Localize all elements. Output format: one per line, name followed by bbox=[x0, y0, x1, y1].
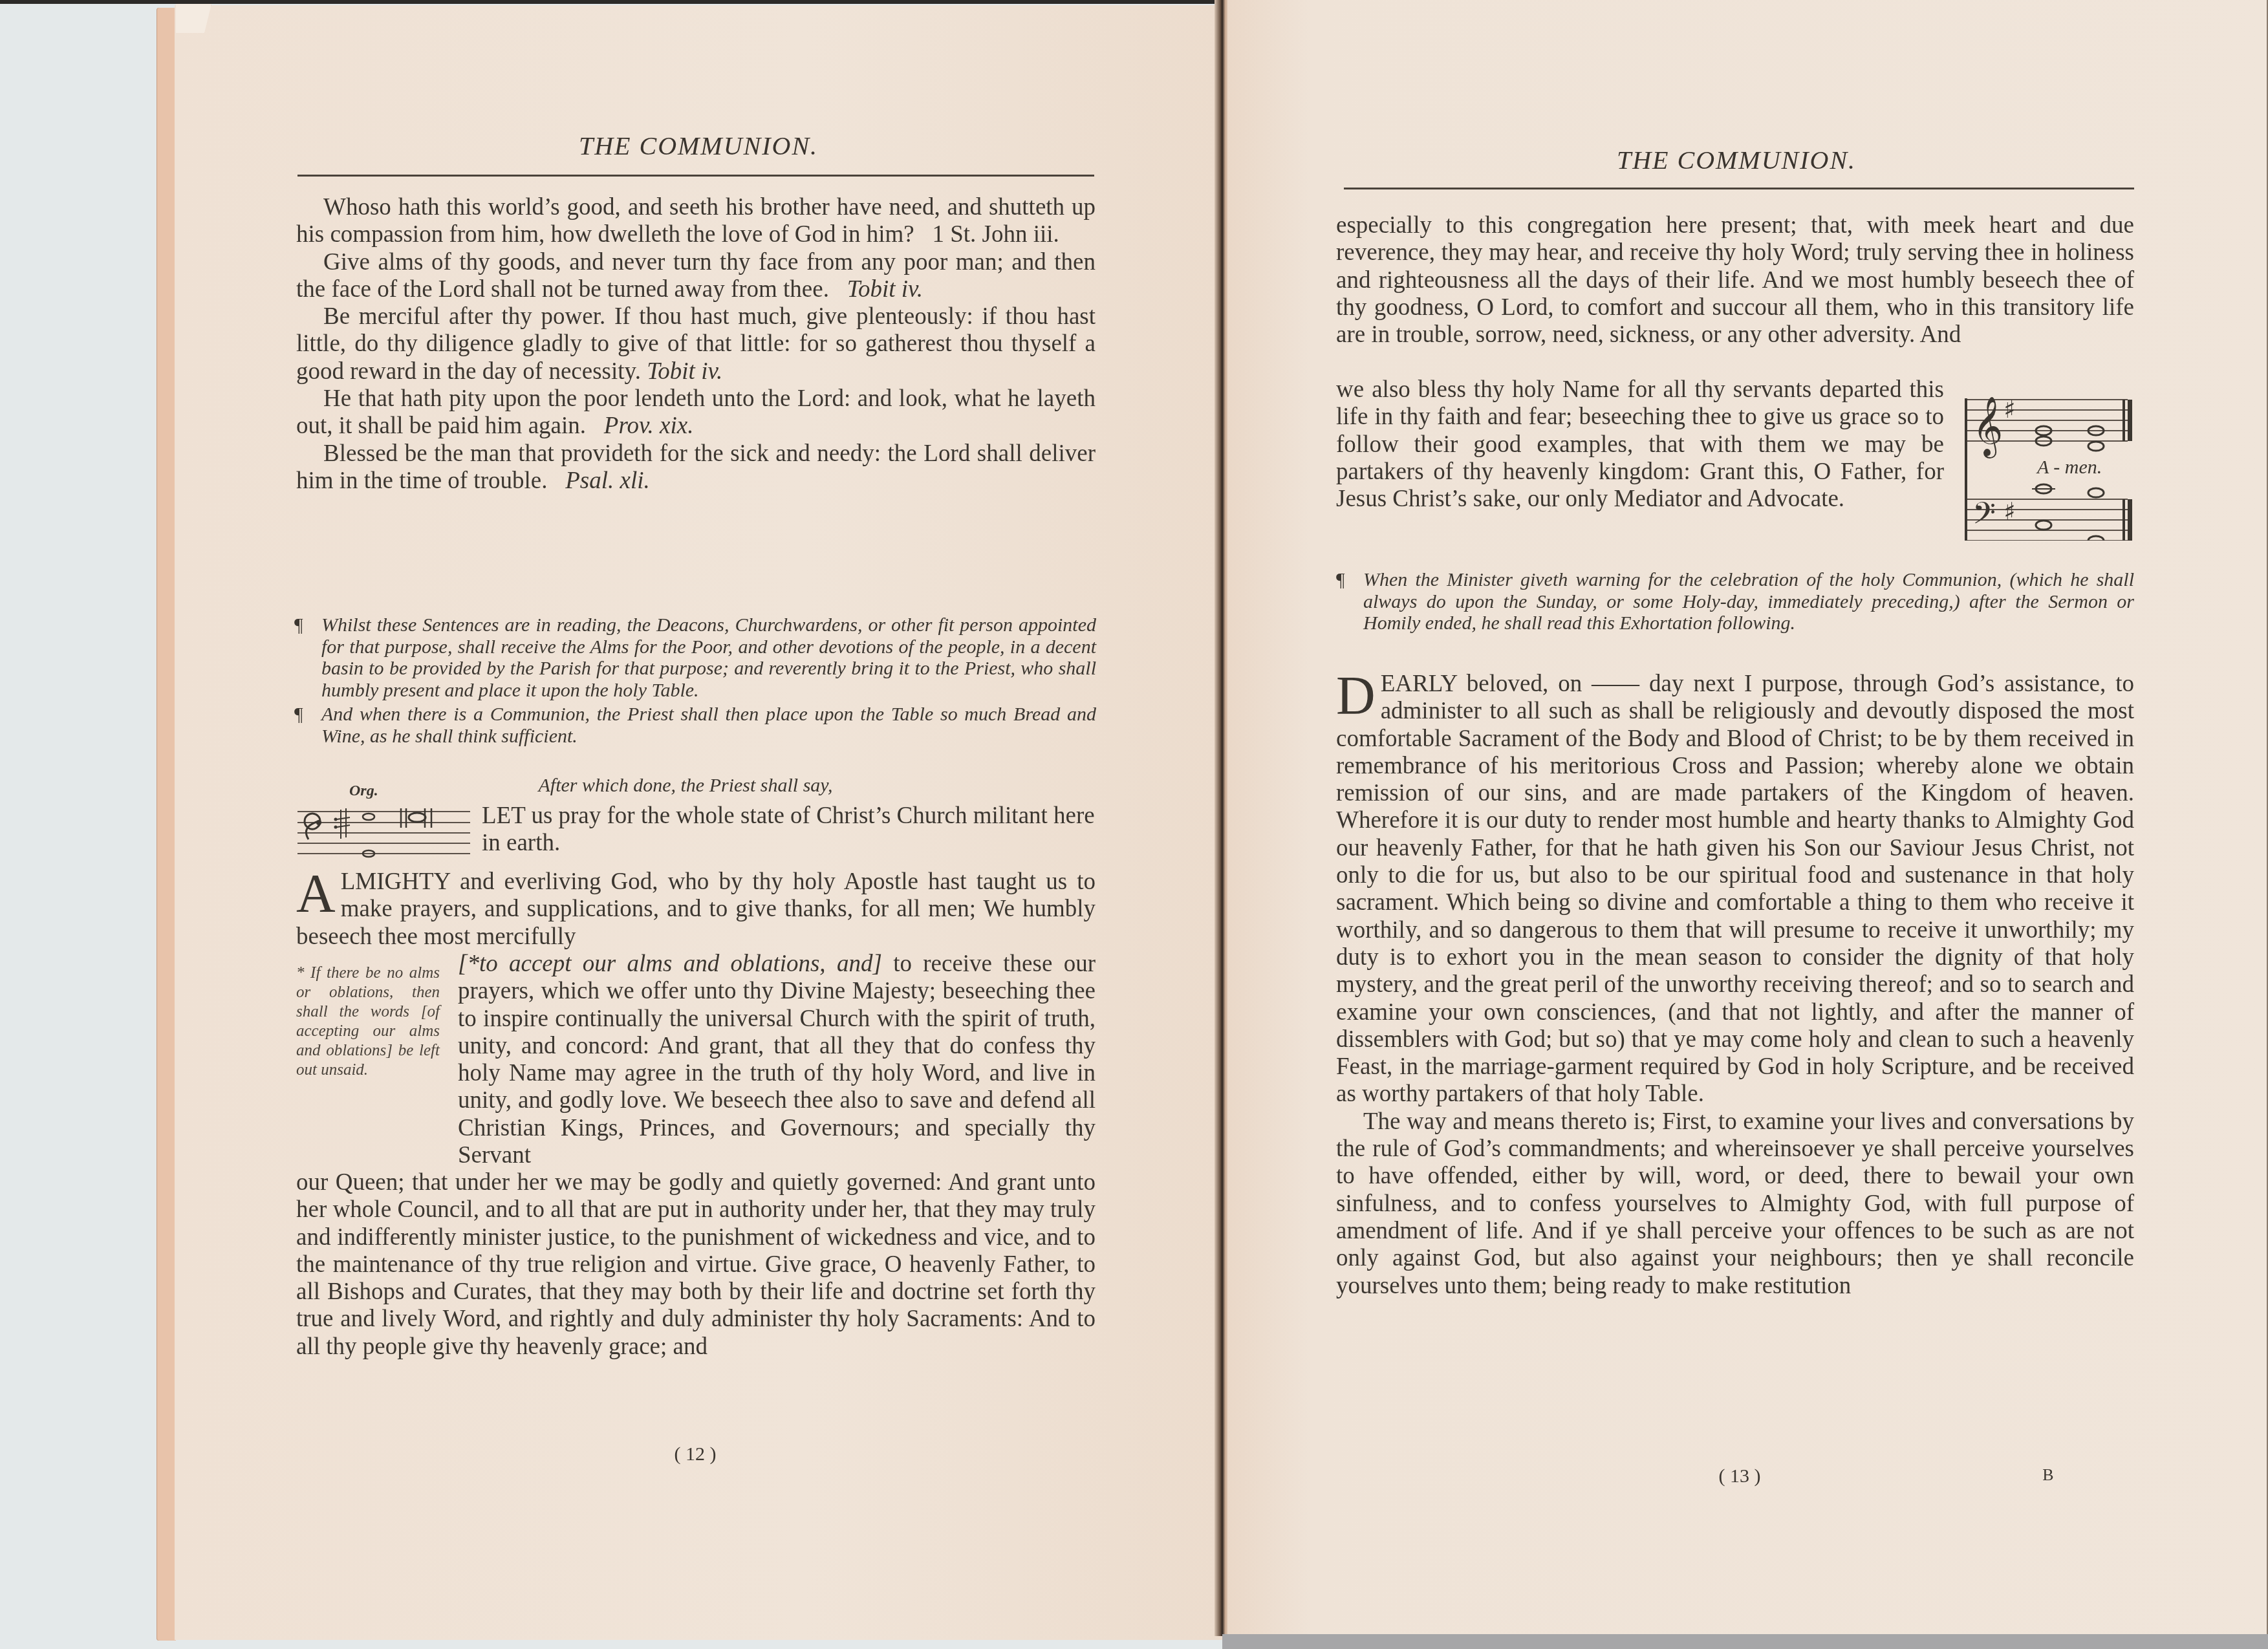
book-gutter bbox=[1215, 0, 1229, 1636]
scripture-ref: 1 St. John iii. bbox=[932, 221, 1059, 248]
bidding-let-us-pray: LET us pray for the whole state of Chris… bbox=[482, 803, 1096, 857]
svg-text:𝄞: 𝄞 bbox=[1972, 396, 2003, 458]
rubric-paragraph: ¶And when there is a Communion, the Prie… bbox=[294, 704, 1096, 747]
header-rule-left bbox=[297, 175, 1094, 177]
prayer-continued: especially to this congregation here pre… bbox=[1336, 212, 2134, 349]
bass-clef-intonation-icon bbox=[294, 784, 475, 861]
offertory-sentences: Whoso hath this world’s good, and seeth … bbox=[296, 194, 1096, 495]
rubric-alms: ¶Whilst these Sentences are in reading, … bbox=[294, 614, 1096, 747]
drop-cap: A bbox=[296, 871, 336, 918]
svg-text:♯: ♯ bbox=[2003, 497, 2015, 526]
amen-lyric: A - men. bbox=[2037, 457, 2102, 479]
pilcrow-icon: ¶ bbox=[294, 614, 321, 636]
prayer-church-militant: ALMIGHTY and everliving God, who by thy … bbox=[296, 868, 1096, 951]
scripture-ref: Tobit iv. bbox=[847, 276, 923, 303]
prayer-departed: we also bless thy holy Name for all thy … bbox=[1336, 376, 1944, 513]
rubric-paragraph: ¶When the Minister giveth warning for th… bbox=[1336, 569, 2134, 634]
sentence: Blessed be the man that provideth for th… bbox=[296, 440, 1096, 495]
sentence: He that hath pity upon the poor lendeth … bbox=[296, 385, 1096, 440]
organ-label: Org. bbox=[349, 782, 378, 800]
sentence: Be merciful after thy power. If thou has… bbox=[296, 303, 1096, 385]
organ-staff: Org. bbox=[294, 784, 475, 861]
rubric-exhortation-warning: ¶When the Minister giveth warning for th… bbox=[1336, 569, 2134, 634]
exhortation-paragraph-1: DEARLY beloved, on —— day next I purpose… bbox=[1336, 671, 2134, 1108]
running-head-right: THE COMMUNION. bbox=[1617, 145, 1856, 175]
scripture-ref: Tobit iv. bbox=[647, 358, 722, 385]
amen-score: 𝄞 ♯ 𝄢 ♯ A - men. bbox=[1958, 379, 2139, 541]
scanner-bottom-edge bbox=[1222, 1634, 2268, 1649]
running-head-left: THE COMMUNION. bbox=[579, 131, 818, 161]
scripture-ref: Prov. xix. bbox=[604, 413, 694, 439]
sentence: Give alms of thy goods, and never turn t… bbox=[296, 249, 1096, 304]
prayer-church-militant-cont: [*to accept our alms and oblations, and]… bbox=[458, 951, 1096, 1169]
exhortation-first: DEARLY beloved, on —— day next I purpose… bbox=[1336, 671, 2134, 1300]
pilcrow-icon: ¶ bbox=[294, 704, 321, 726]
svg-text:𝄢: 𝄢 bbox=[1972, 496, 1996, 538]
sentence: Whoso hath this world’s good, and seeth … bbox=[296, 194, 1096, 249]
alms-bracket: [*to accept our alms and oblations, and] bbox=[458, 951, 882, 977]
pilcrow-icon: ¶ bbox=[1336, 569, 1363, 591]
scripture-ref: Psal. xli. bbox=[565, 468, 650, 494]
prayer-church-militant-end: our Queen; that under her we may be godl… bbox=[296, 1169, 1096, 1361]
signature-mark: B bbox=[2042, 1465, 2053, 1485]
book-fore-edge bbox=[157, 8, 176, 1641]
page-number-left: ( 12 ) bbox=[675, 1443, 717, 1465]
rubric-paragraph: ¶Whilst these Sentences are in reading, … bbox=[294, 614, 1096, 701]
margin-note-alms: * If there be no alms or oblations, then… bbox=[296, 964, 440, 1080]
header-rule-right bbox=[1344, 188, 2134, 189]
drop-cap: D bbox=[1336, 673, 1376, 720]
rubric-after-which: After which done, the Priest shall say, bbox=[453, 775, 918, 797]
exhortation-paragraph-2: The way and means thereto is; First, to … bbox=[1336, 1108, 2134, 1300]
page-number-right: ( 13 ) bbox=[1719, 1465, 1761, 1487]
svg-text:♯: ♯ bbox=[2003, 395, 2015, 424]
